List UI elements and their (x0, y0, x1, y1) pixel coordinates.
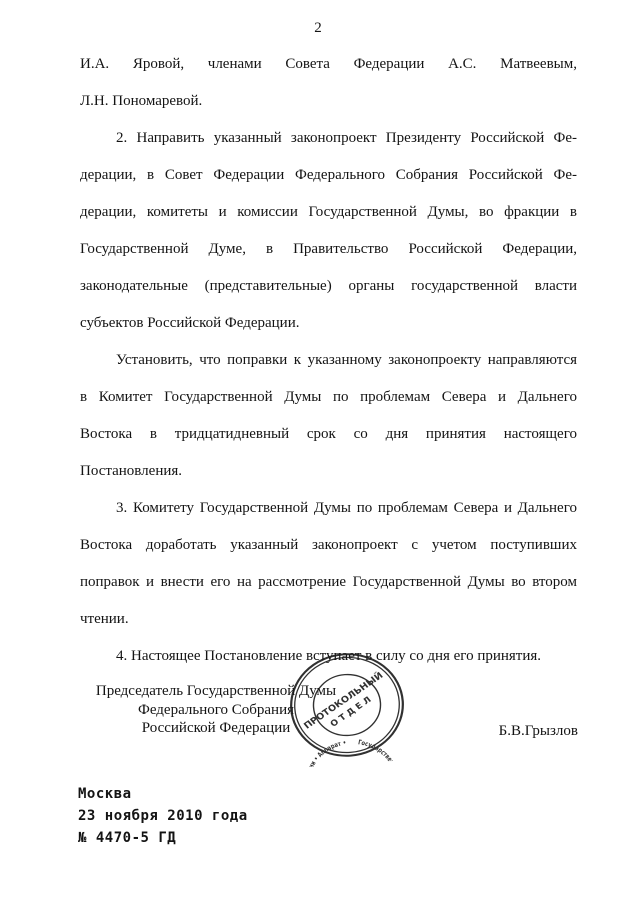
body-line: поправок и внести его на рассмотрение Го… (80, 564, 577, 601)
body-line: Постановления. (80, 453, 577, 490)
issue-details-line: 23 ноября 2010 года (78, 805, 248, 827)
body-line: Л.Н. Пономаревой. (80, 83, 577, 120)
body-line: Установить, что поправки к указанному за… (80, 342, 577, 379)
document-page: 2 И.А. Яровой, членами Совета Федерации … (0, 0, 640, 905)
body-line: чтении. (80, 601, 577, 638)
body-line: дерации, комитеты и комиссии Государстве… (80, 194, 577, 231)
issue-details-line: Москва (78, 783, 248, 805)
body-line: законодательные (представительные) орган… (80, 268, 577, 305)
body-line: 2. Направить указанный законопроект През… (80, 120, 577, 157)
document-body: И.А. Яровой, членами Совета Федерации А.… (80, 46, 577, 675)
body-line: дерации, в Совет Федерации Федерального … (80, 157, 577, 194)
body-line: Государственной Думе, в Правительство Ро… (80, 231, 577, 268)
signatory-name: Б.В.Грызлов (499, 723, 578, 740)
protocol-department-stamp-icon: Государственной Думы Федерального Собран… (278, 642, 416, 769)
body-line: Востока в тридцатидневный срок со дня пр… (80, 416, 577, 453)
body-line: И.А. Яровой, членами Совета Федерации А.… (80, 46, 577, 83)
issue-details: Москва23 ноября 2010 года№ 4470-5 ГД (78, 783, 248, 849)
body-line: Востока доработать указанный законопроек… (80, 527, 577, 564)
body-line: субъектов Российской Федерации. (80, 305, 577, 342)
page-number: 2 (0, 20, 636, 37)
body-line: 3. Комитету Государственной Думы по проб… (80, 490, 577, 527)
body-line: в Комитет Государственной Думы по пробле… (80, 379, 577, 416)
issue-details-line: № 4470-5 ГД (78, 827, 248, 849)
